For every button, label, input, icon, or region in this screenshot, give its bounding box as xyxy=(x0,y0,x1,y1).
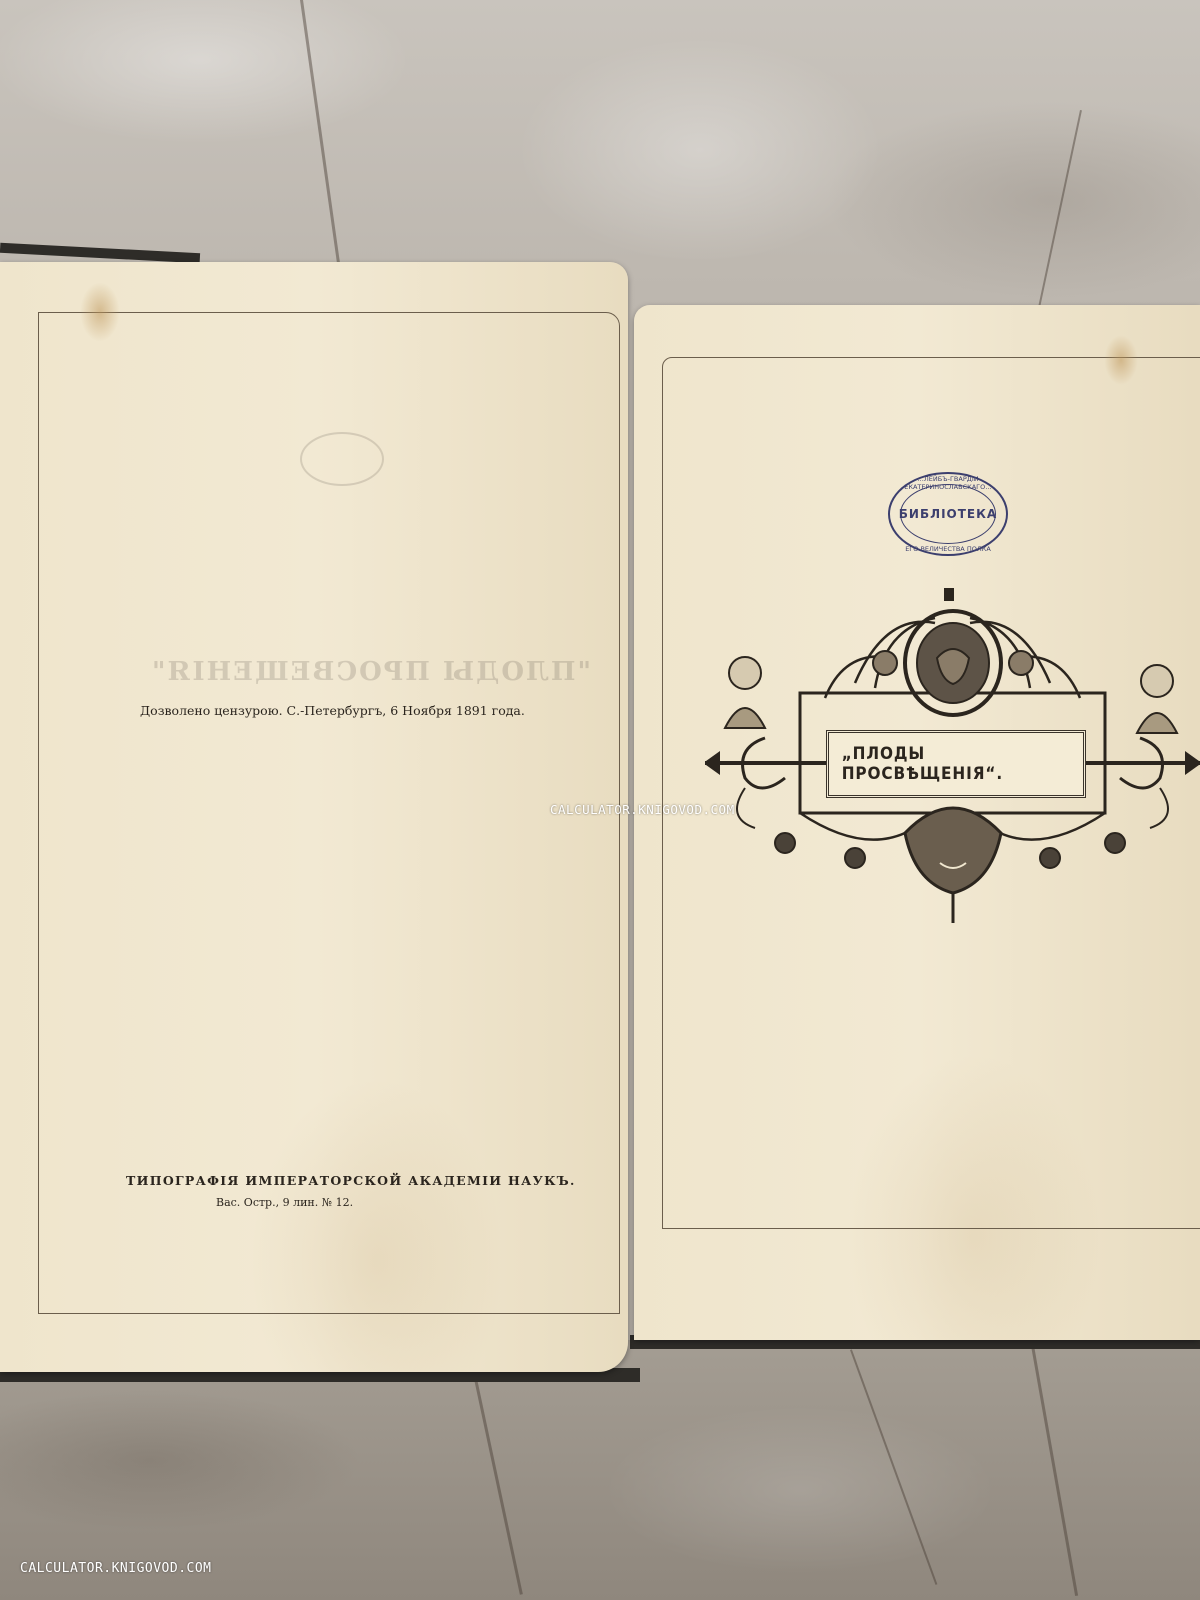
stamp-inner-ring xyxy=(900,484,996,544)
marble-vein xyxy=(1038,110,1082,306)
book-cover-edge xyxy=(0,243,200,263)
printer-name: ТИПОГРАФІЯ ИМПЕРАТОРСКОЙ АКАДЕМІИ НАУКЪ. xyxy=(126,1173,576,1188)
left-page: "ПЛОДЫ ПРОСВЕЩЕНІЯ" Дозволено цензурою. … xyxy=(0,262,628,1372)
bleed-through-stamp xyxy=(300,432,384,486)
watermark-center: CALCULATOR.KNIGOVOD.COM xyxy=(550,802,735,817)
bleed-through-title: "ПЛОДЫ ПРОСВЕЩЕНІЯ" xyxy=(150,657,591,687)
marble-vein xyxy=(300,0,341,267)
stamp-bottom-text: ЕГО ВЕЛИЧЕСТВА ПОЛКА xyxy=(890,545,1006,553)
printer-address: Вас. Остр., 9 лин. № 12. xyxy=(216,1196,353,1209)
book-title: „ПЛОДЫ ПРОСВѢЩЕНІЯ“. xyxy=(842,744,1071,784)
stamp-top-text: …ЛЕЙБЪ-ГВАРДІИ ЕКАТЕРИНОСЛАВСКАГО… xyxy=(890,475,1006,491)
watermark-corner: CALCULATOR.KNIGOVOD.COM xyxy=(20,1561,212,1576)
title-plate: „ПЛОДЫ ПРОСВѢЩЕНІЯ“. xyxy=(826,730,1086,798)
censorship-approval: Дозволено цензурою. С.-Петербургъ, 6 Ноя… xyxy=(140,703,525,718)
foxing-stain xyxy=(80,282,120,342)
library-stamp: …ЛЕЙБЪ-ГВАРДІИ ЕКАТЕРИНОСЛАВСКАГО… БИБЛІ… xyxy=(888,472,1008,556)
foxing-stain xyxy=(1104,335,1138,385)
